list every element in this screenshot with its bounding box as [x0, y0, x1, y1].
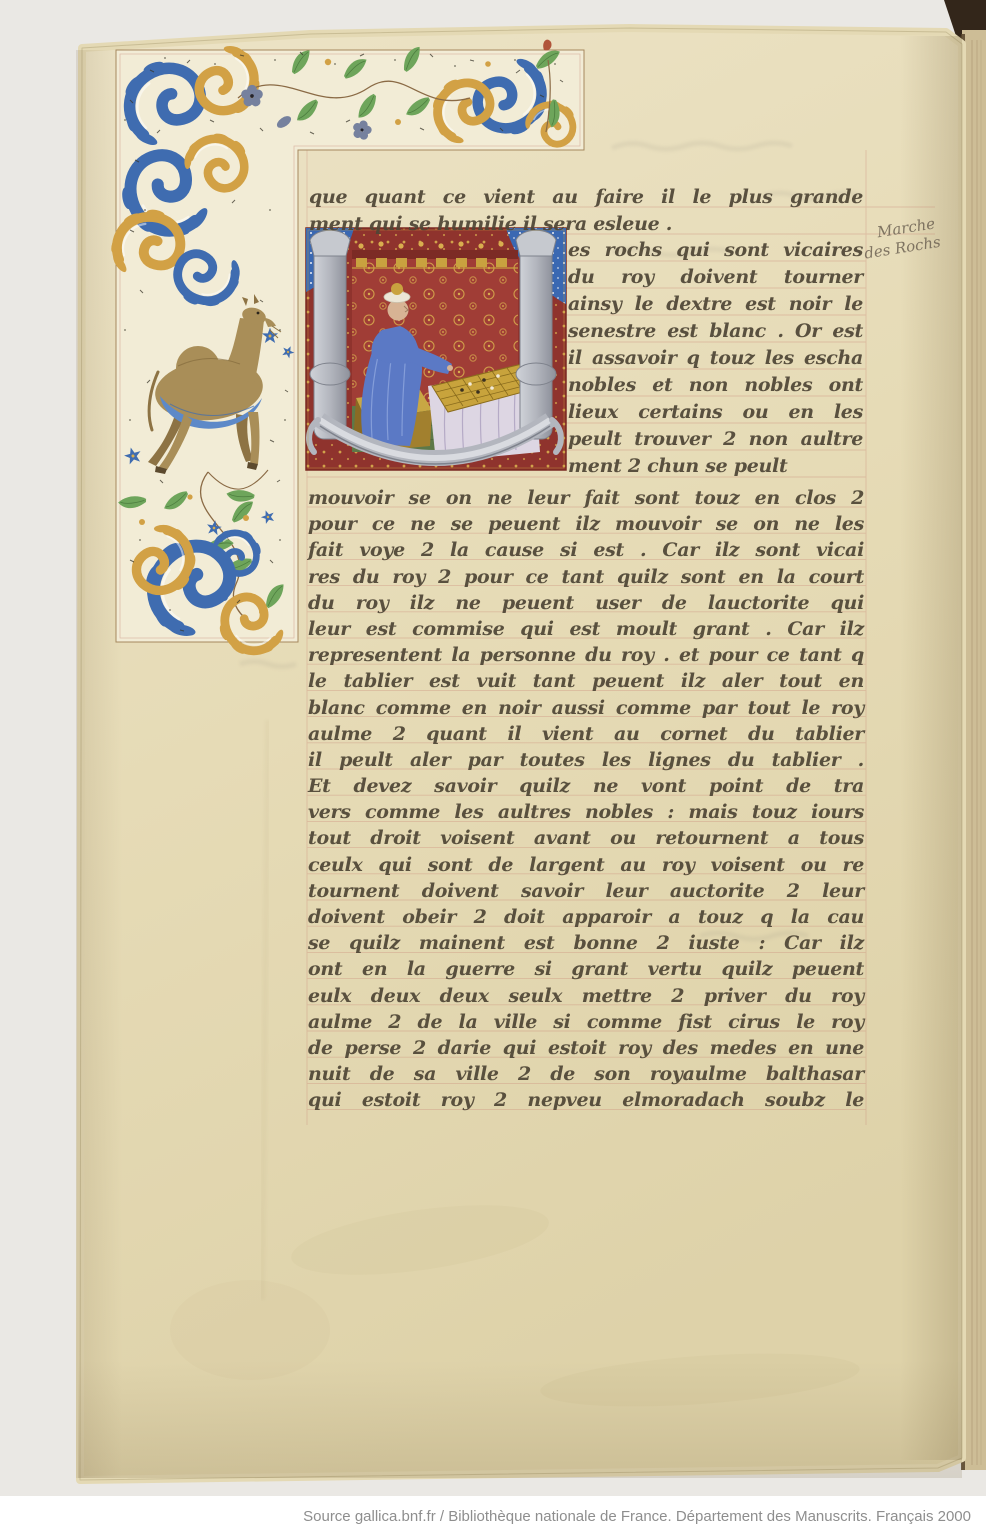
- script-line: ainsy le dextre est noir le: [568, 291, 863, 318]
- script-line: il assavoir q touz les escha: [568, 345, 863, 372]
- script-line: fait voye 2 la cause si est . Car ilz so…: [308, 537, 864, 563]
- script-line: es rochs qui sont vicaires: [568, 237, 863, 264]
- script-line: blanc comme en noir aussi comme par tout…: [308, 695, 864, 721]
- script-line: que quant ce vient au faire il le plus g…: [309, 184, 863, 211]
- script-line: doivent obeir 2 doit apparoir a touz q l…: [308, 904, 864, 930]
- script-line: de perse 2 darie qui estoit roy des mede…: [308, 1035, 864, 1061]
- script-line: ont en la guerre si grant vertu quilz pe…: [308, 956, 864, 982]
- script-line: ment qui se humilie il sera esleue .: [309, 211, 863, 238]
- script-line: eulx deux deux seulx mettre 2 priver du …: [308, 983, 864, 1009]
- script-line: le tablier est vuit tant peuent ilz aler…: [308, 668, 864, 694]
- initial-adjacent-lines: es rochs qui sont vicairesdu roy doivent…: [568, 237, 863, 480]
- script-line: vers comme les aultres nobles : mais tou…: [308, 799, 864, 825]
- script-line: leur est commise qui est moult grant . C…: [308, 616, 864, 642]
- script-line: il peult aler par toutes les lignes du t…: [308, 747, 864, 773]
- script-line: qui estoit roy 2 nepveu elmoradach soubz…: [308, 1087, 864, 1113]
- script-line: du roy ilz ne peuent user de lauctorite …: [308, 590, 864, 616]
- attribution-text: Source gallica.bnf.fr / Bibliothèque nat…: [303, 1508, 971, 1525]
- script-line: tournent doivent savoir leur auctorite 2…: [308, 878, 864, 904]
- script-line: lieux certains ou en les: [568, 399, 863, 426]
- script-line: aulme 2 quant il vient au cornet du tabl…: [308, 721, 864, 747]
- script-line: senestre est blanc . Or est: [568, 318, 863, 345]
- script-line: ceulx qui sont de largent au roy voisent…: [308, 852, 864, 878]
- script-line: peult trouver 2 non aultre: [568, 426, 863, 453]
- script-line: aulme 2 de la ville si comme fist cirus …: [308, 1009, 864, 1035]
- manuscript-scan-view: que quant ce vient au faire il le plus g…: [0, 0, 986, 1536]
- historiated-initial-miniature: [306, 228, 566, 470]
- opening-lines: que quant ce vient au faire il le plus g…: [309, 184, 863, 238]
- script-line: ment 2 chun se peult: [568, 453, 863, 480]
- gallica-attribution-bar: Source gallica.bnf.fr / Bibliothèque nat…: [0, 1496, 986, 1536]
- script-line: nuit de sa ville 2 de son royaulme balth…: [308, 1061, 864, 1087]
- script-line: nobles et non nobles ont: [568, 372, 863, 399]
- script-line: se quilz mainent est bonne 2 iuste : Car…: [308, 930, 864, 956]
- script-line: Et devez savoir quilz ne vont point de t…: [308, 773, 864, 799]
- script-line: representent la personne du roy . et pou…: [308, 642, 864, 668]
- body-text-block: mouvoir se on ne leur fait sont touz en …: [308, 485, 864, 1114]
- script-line: tout droit voisent avant ou retournent a…: [308, 825, 864, 851]
- script-line: mouvoir se on ne leur fait sont touz en …: [308, 485, 864, 511]
- script-line: du roy doivent tourner: [568, 264, 863, 291]
- script-line: pour ce ne se peuent ilz mouvoir se on n…: [308, 511, 864, 537]
- script-line: res du roy 2 pour ce tant quilz sont en …: [308, 564, 864, 590]
